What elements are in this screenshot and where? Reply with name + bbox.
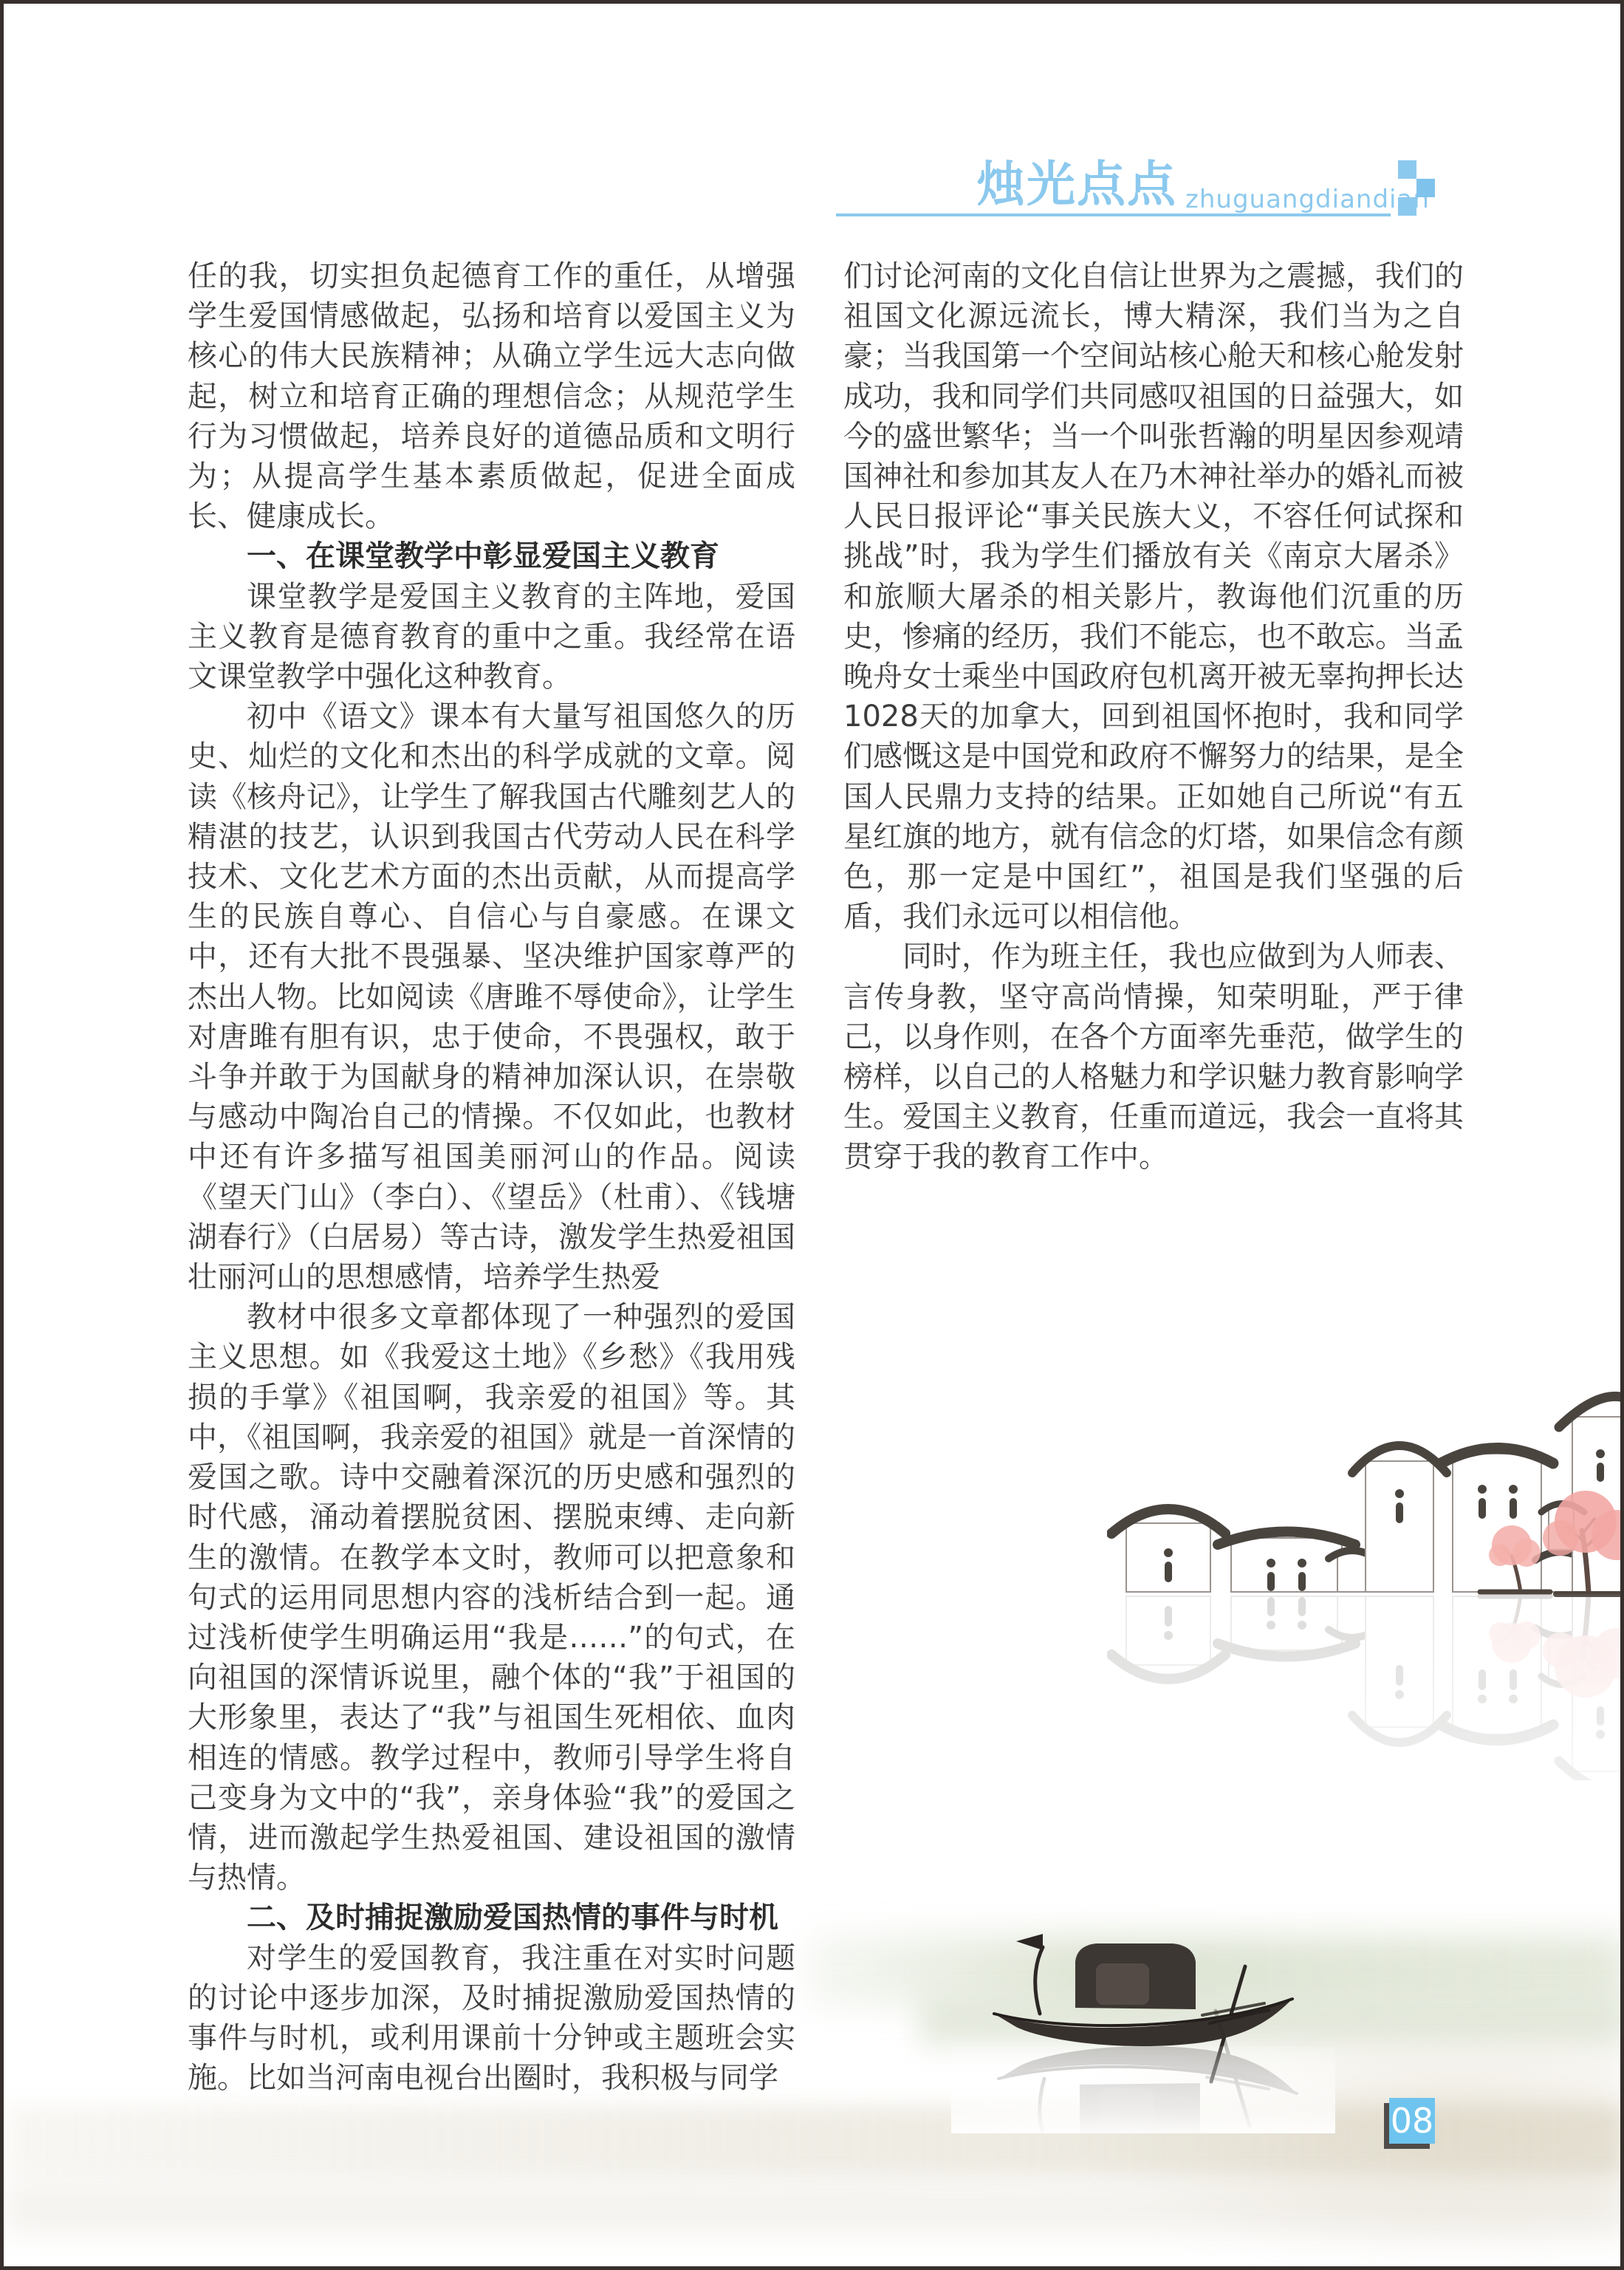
header-underline xyxy=(836,213,1391,216)
paragraph: 教材中很多文章都体现了一种强烈的爱国主义思想。如《我爱这土地》《乡愁》《我用残损… xyxy=(188,1297,795,1898)
section-heading-1: 一、在课堂教学中彰显爱国主义教育 xyxy=(188,536,795,576)
paragraph: 任的我，切实担负起德育工作的重任，从增强学生爱国情感做起，弘扬和培育以爱国主义为… xyxy=(188,256,795,536)
magazine-page: 烛光点点 zhuguangdiandian 任的我，切实担负起德育工作的重任，从… xyxy=(0,0,1624,2270)
village-illustration xyxy=(1107,1367,1624,1780)
paragraph: 同时，作为班主任，我也应做到为人师表、言传身教，坚守高尚情操，知荣明耻，严于律己… xyxy=(843,937,1464,1177)
watercolor-wash-tan xyxy=(7,2105,1624,2175)
left-column: 任的我，切实担负起德育工作的重任，从增强学生爱国情感做起，弘扬和培育以爱国主义为… xyxy=(188,256,795,2098)
boat-illustration xyxy=(951,1890,1335,2133)
page-number-badge: 08 xyxy=(1389,2098,1435,2144)
page-title-pinyin: zhuguangdiandian xyxy=(1185,187,1430,212)
decor-square-icon xyxy=(1398,197,1416,216)
paragraph: 对学生的爱国教育，我注重在对实时问题的讨论中逐步加深，及时捕捉激励爱国热情的事件… xyxy=(188,1938,795,2099)
right-column: 们讨论河南的文化自信让世界为之震撼，我们的祖国文化源远流长，博大精深，我们当为之… xyxy=(843,256,1464,1177)
decor-square-icon xyxy=(1398,160,1416,179)
watercolor-wash-tan xyxy=(4,2183,1624,2235)
paragraph: 课堂教学是爱国主义教育的主阵地，爱国主义教育是德育教育的重中之重。我经常在语文课… xyxy=(188,577,795,697)
paragraph: 初中《语文》课本有大量写祖国悠久的历史、灿烂的文化和杰出的科学成就的文章。阅读《… xyxy=(188,697,795,1297)
paragraph: 们讨论河南的文化自信让世界为之震撼，我们的祖国文化源远流长，博大精深，我们当为之… xyxy=(843,256,1464,937)
page-title: 烛光点点 xyxy=(976,160,1177,209)
section-heading-2: 二、及时捕捉激励爱国热情的事件与时机 xyxy=(188,1898,795,1938)
decor-square-icon xyxy=(1416,179,1435,197)
